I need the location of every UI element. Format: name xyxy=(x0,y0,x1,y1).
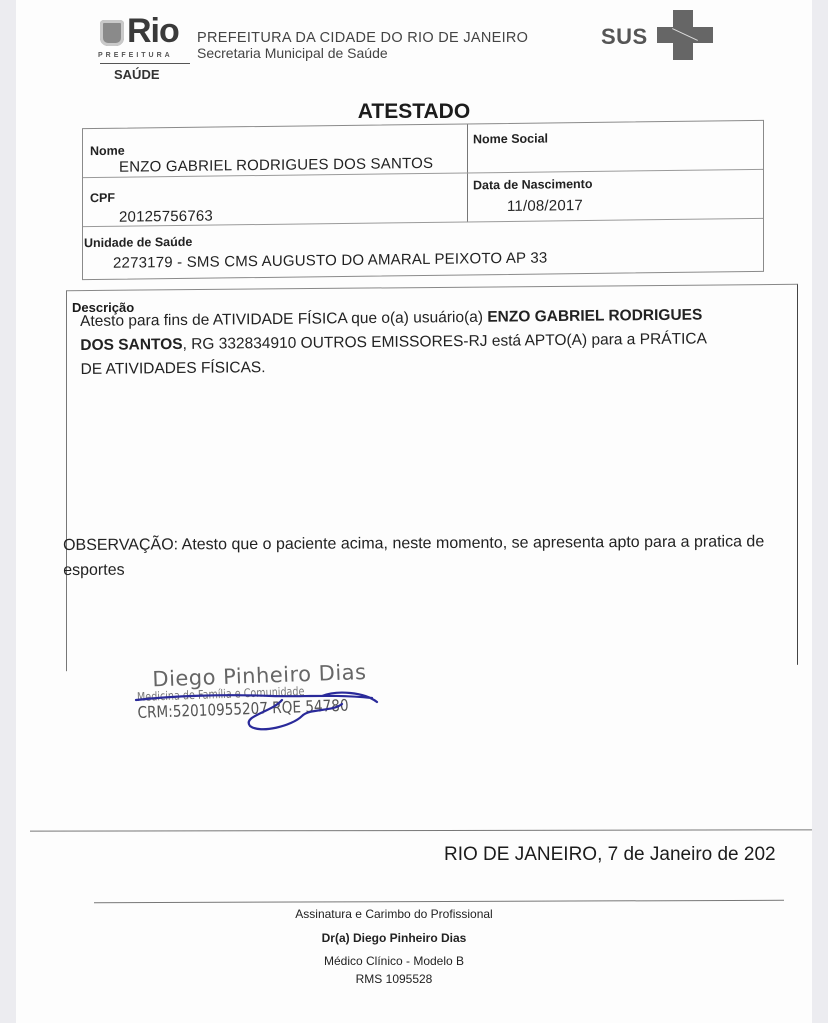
divider-line xyxy=(30,829,812,831)
signature-line xyxy=(94,900,784,903)
cpf-value: 20125756763 xyxy=(119,208,213,226)
signature-label: Assinatura e Carimbo do Profissional xyxy=(0,907,792,921)
description-text: Atesto para fins de ATIVIDADE FÍSICA que… xyxy=(80,303,721,382)
sus-logo-text: SUS xyxy=(601,24,648,50)
place-and-date: RIO DE JANEIRO, 7 de Janeiro de 202 xyxy=(444,844,776,866)
department-name: Secretaria Municipal de Saúde xyxy=(197,45,388,61)
rio-crest-icon xyxy=(100,20,124,46)
doctor-rms: RMS 1095528 xyxy=(0,972,792,986)
logo-saude-text: SAÚDE xyxy=(114,67,160,82)
institution-name: PREFEITURA DA CIDADE DO RIO DE JANEIRO xyxy=(197,30,528,46)
handwritten-signature xyxy=(132,682,392,742)
logo-prefeitura-text: PREFEITURA xyxy=(98,52,173,59)
cpf-label: CPF xyxy=(90,191,115,205)
doctor-name: Dr(a) Diego Pinheiro Dias xyxy=(0,931,792,945)
document-page: Rio PREFEITURA SAÚDE PREFEITURA DA CIDAD… xyxy=(16,0,812,1023)
logo-divider xyxy=(100,63,190,64)
social-name-label: Nome Social xyxy=(473,131,548,146)
birth-date-value: 11/08/2017 xyxy=(507,197,583,215)
doctor-role: Médico Clínico - Modelo B xyxy=(0,954,792,968)
birth-date-label: Data de Nascimento xyxy=(473,177,592,192)
name-label: Nome xyxy=(90,144,125,158)
health-unit-label: Unidade de Saúde xyxy=(84,235,192,250)
identification-table: Nome ENZO GABRIEL RODRIGUES DOS SANTOS N… xyxy=(82,120,764,280)
description-text-part: Atesto para fins de ATIVIDADE FÍSICA que… xyxy=(80,309,487,330)
health-unit-value: 2273179 - SMS CMS AUGUSTO DO AMARAL PEIX… xyxy=(113,249,547,271)
rio-logo-word: Rio xyxy=(127,14,179,48)
observation-text: OBSERVAÇÃO: Atesto que o paciente acima,… xyxy=(63,529,793,583)
document-title-text: ATESTADO xyxy=(358,100,470,123)
